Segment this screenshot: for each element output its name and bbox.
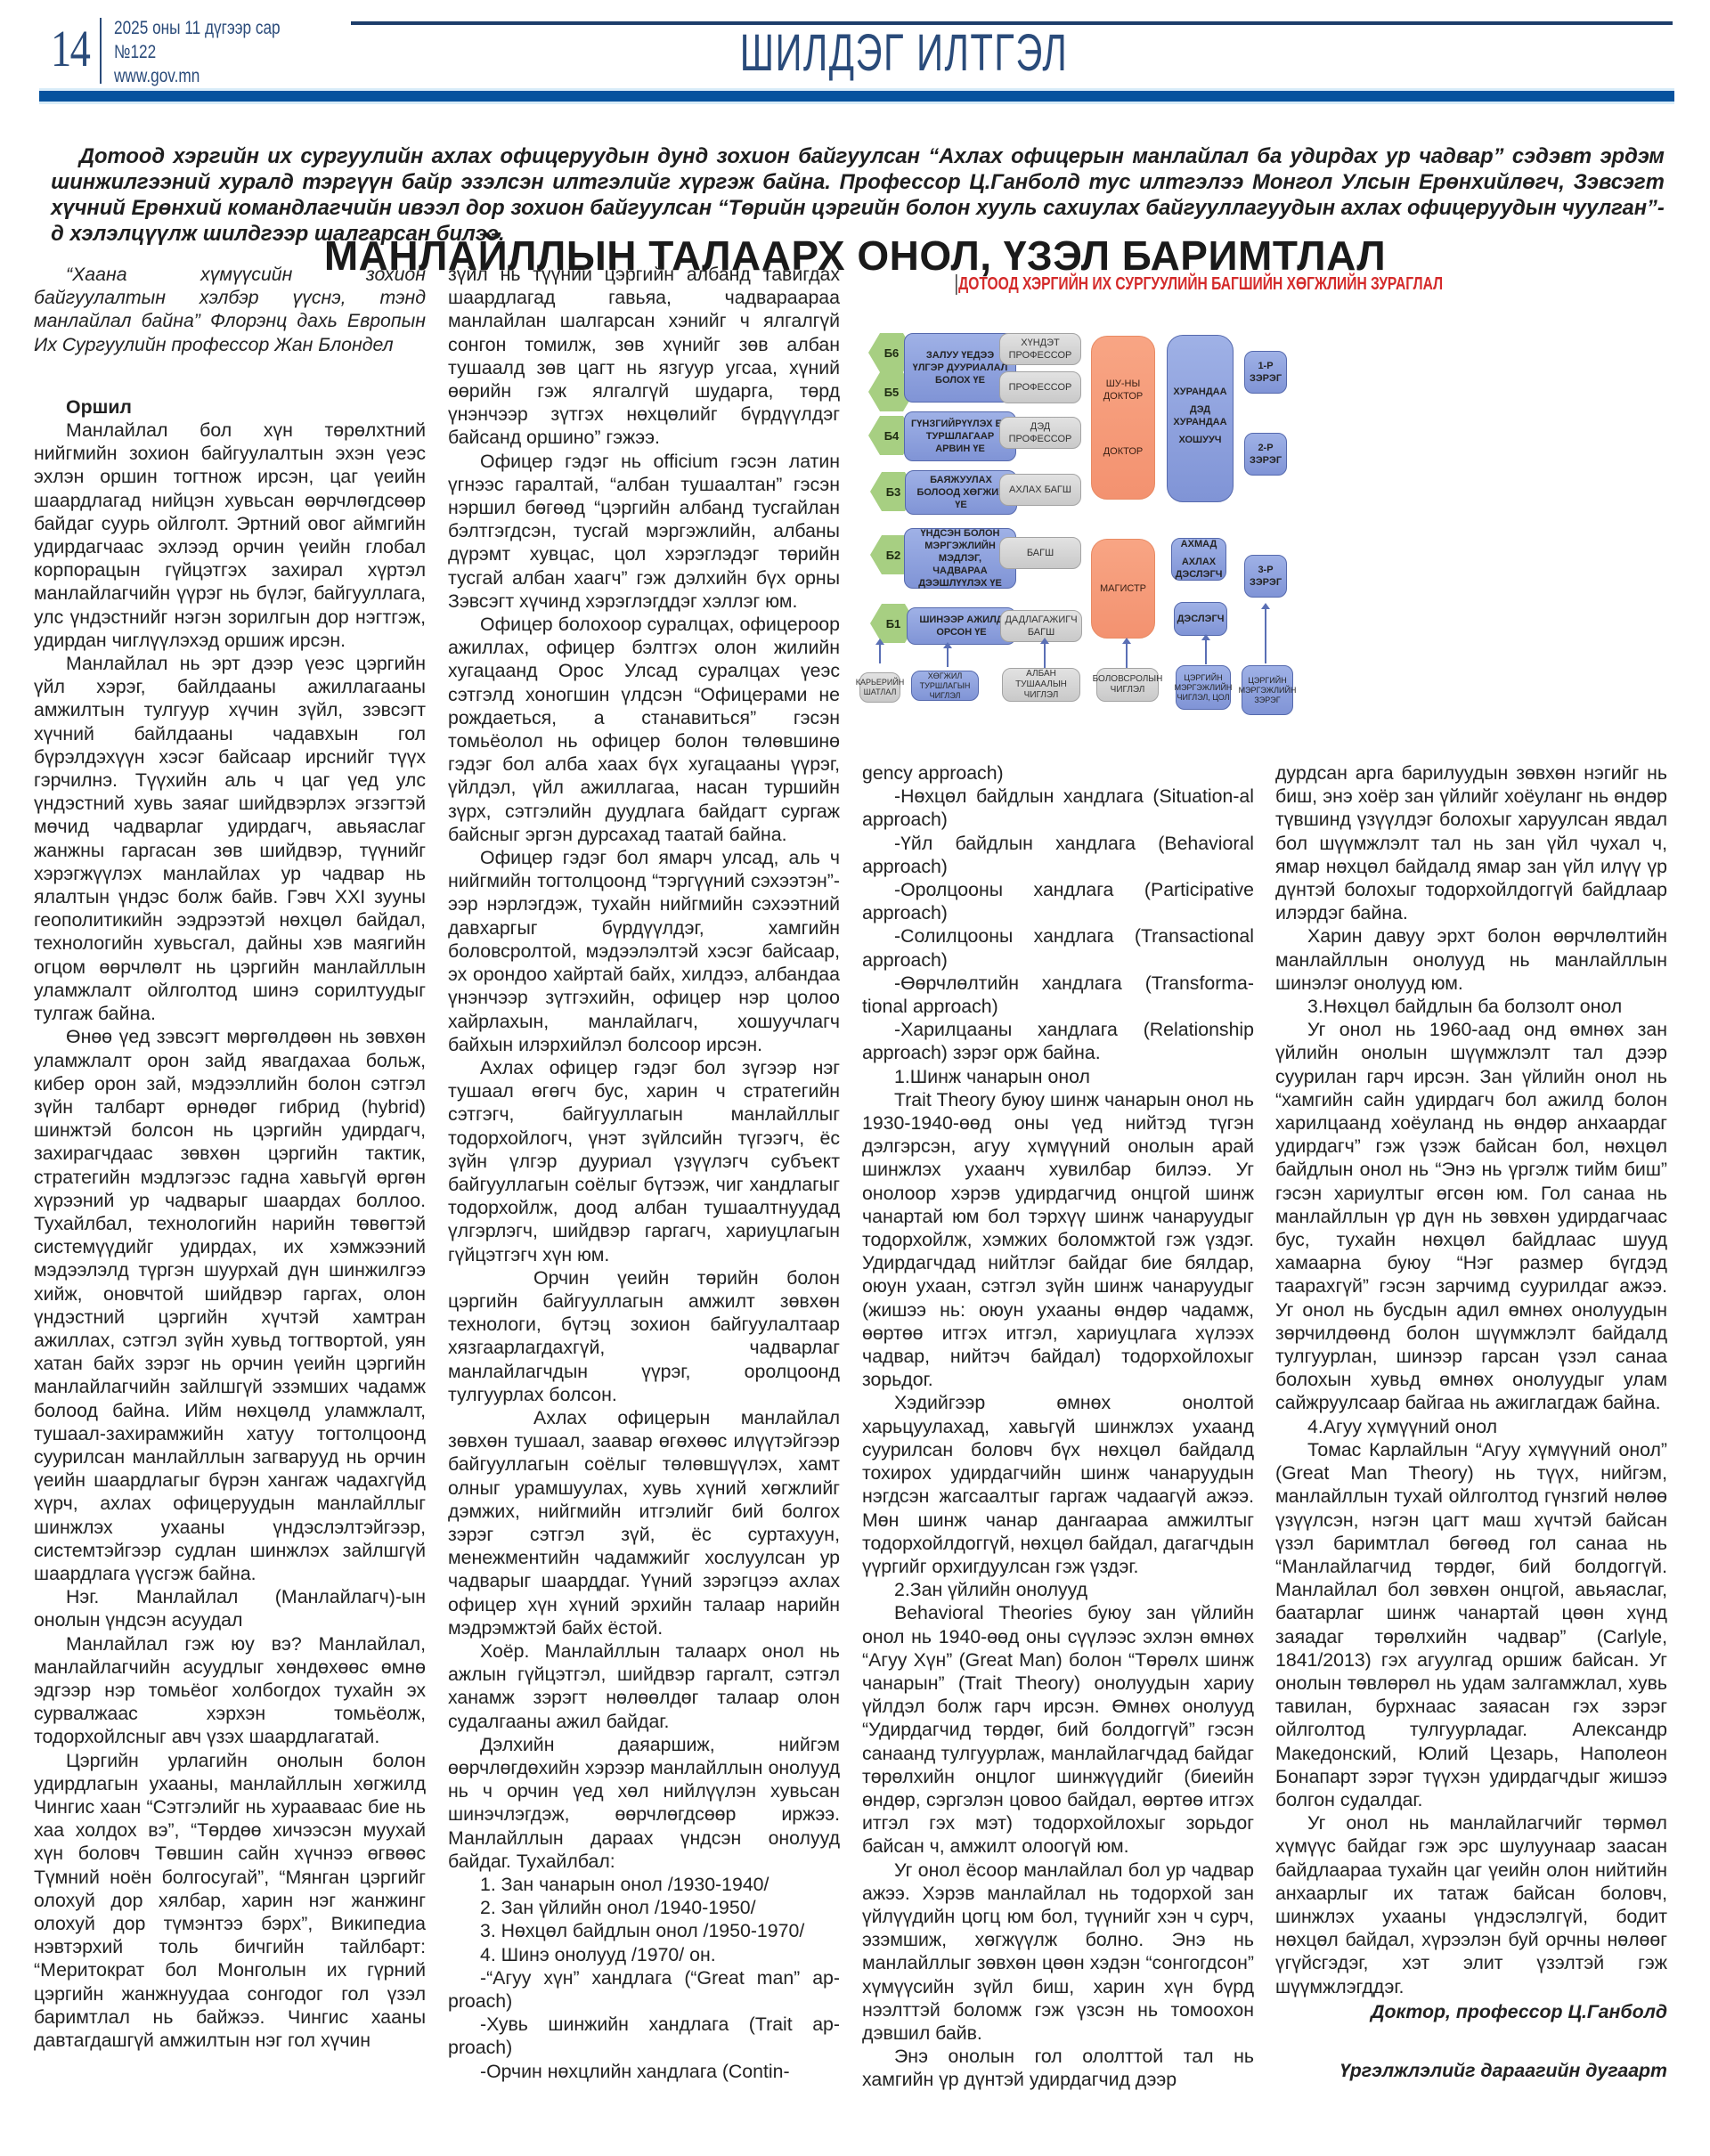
axis-label-position-track: АЛБАН ТУШААЛЫН ЧИГЛЭЛ [1002,668,1080,702]
approach-list-item: -Оролцооны хандлага (Participative appro… [862,878,1254,924]
paragraph: дурдсан арга барилуудын зөвхөн нэгийг нь… [1275,761,1667,924]
axis-label-military-grade: ЦЭРГИЙН МЭРГЭЖЛИЙН ЗЭРЭГ [1242,665,1293,715]
approach-list-item: -Орчин нөхцлийн хандлага (Contin- [448,2060,840,2083]
article-column-1: “Хаана хүмүүсийн зохион байгуулалтын хэл… [34,263,426,2052]
paragraph: Trait Theory буюу шинж чанарын онол нь 1… [862,1088,1254,1392]
education-box-master: МАГИСТР [1091,539,1155,639]
education-box-doctorate: ШУ-НЫ ДОКТОР ДОКТОР [1091,336,1155,500]
continuation-note: Үргэлжлэлийг дараагийн дугаарт [1275,2059,1667,2082]
paragraph: Манлайлал бол хүн төрөлхтний нийгмийн зо… [34,419,426,652]
subsection-heading-trait: 1.Шинж чанарын онол [862,1065,1254,1088]
page-number: 14 [51,23,89,75]
section-title: ШИЛДЭГ ИЛТГЭЛ [253,27,1555,80]
axis-label-education-track: БОЛОВСРОЛЫН ЧИГЛЭЛ [1096,668,1159,702]
approach-list-item: -Үйл байдлын хандлага (Behavioral approa… [862,832,1254,878]
masthead: 14 2025 оны 11 дүгээр сар №122 www.gov.m… [0,0,1710,105]
theory-list-item: 1. Зан чанарын онол /1930-1940/ [448,1873,840,1896]
approach-list-item: -Хувь шинжийн хандлага (Trait ap-proach) [448,2013,840,2059]
paragraph: Behavioral Theories буюу зан үйлийн онол… [862,1601,1254,1858]
paragraph: Энэ онолын гол ололттой тал нь хамгийн ү… [862,2045,1254,2091]
subsection-heading-situational: 3.Нөхцөл байдлын ба болзолт онол [1275,995,1667,1018]
author-signature: Доктор, профессор Ц.Ганболд [1275,2000,1667,2023]
paragraph: Өнөө үед зэвсэгт мөргөлдөөн нь зөвхөн ул… [34,1025,426,1585]
approach-list-item: -“Агуу хүн” хандлага (“Great man” ap-pro… [448,1966,840,2013]
rank-box-lieutenant: ДЭСЛЭГЧ [1174,602,1227,636]
approach-list-item: -Өөрчлөлтийн хандлага (Transforma-tional… [862,972,1254,1018]
paragraph: Манлайлал гэж юу вэ? Манлайлал, манлайла… [34,1632,426,1749]
diagram-title: ДОТООД ХЭРГИЙН ИХ СУРГУУЛИЙН БАГШИЙН ХӨГ… [956,274,1443,295]
approach-list-item: -Харилцааны хандлага (Relationship appro… [862,1018,1254,1064]
paragraph: Харин давуу эрхт болон өөрчлөлтийн манла… [1275,924,1667,995]
paragraph: Томас Карлайлын “Агуу хүмүүний онол” (Gr… [1275,1438,1667,1811]
position-box-honorary-professor: ХҮНДЭТ ПРОФЕССОР [999,333,1081,365]
arrow-up-icon [1044,643,1046,670]
article-column-3: gency approach) -Нөхцөл байдлын хандлага… [862,761,1254,2092]
arrow-up-icon [1205,639,1207,664]
paragraph: Ахлах офицерын манлайлал зөвхөн тушаал, … [448,1406,840,1639]
position-box-associate-professor: ДЭД ПРОФЕССОР [999,417,1081,449]
position-box-professor: ПРОФЕССОР [999,371,1081,403]
masthead-bar [39,91,1674,102]
paragraph: Дэлхийн даяаршиж, нийгэм өөрчлөгдөхийн х… [448,1733,840,1873]
paragraph: Уг онол ёсоор манлайлал бол ур чадвар аж… [862,1859,1254,2046]
paragraph: зүйл нь түүний цэргийн албанд тавигдах ш… [448,263,840,450]
grade-box-3: 3-Р ЗЭРЭГ [1244,555,1287,598]
section-heading-one: Нэг. Манлайлал (Манлайлагч)-ын онолын үн… [34,1585,426,1631]
paragraph: Ахлах офицер гэдэг бол зүгээр нэг тушаал… [448,1056,840,1266]
approach-list-item: -Солилцооны хандлага (Transactional appr… [862,924,1254,971]
subsection-heading-behavioral: 2.Зан үйлийн онолууд [862,1578,1254,1601]
theory-list-item: 2. Зан үйлийн онол /1940-1950/ [448,1896,840,1919]
arrow-up-icon [1126,643,1128,670]
article-column-4: дурдсан арга барилуудын зөвхөн нэгийг нь… [1275,761,1667,2082]
axis-label-military-rank: ЦЭРГИЙН МЭРГЭЖЛИЙН ЧИГЛЭЛ, ЦОЛ [1176,665,1231,710]
teacher-development-diagram: ДОТООД ХЭРГИЙН ИХ СУРГУУЛИЙН БАГШИЙН ХӨГ… [859,258,1697,757]
intro-heading: Оршил [34,395,426,419]
masthead-divider [100,18,102,84]
approach-list-item: -Нөхцөл байдлын хандлага (Situation-al a… [862,785,1254,831]
axis-label-experience: ХӨГЖИЛ ТУРШЛАГЫН ЧИГЛЭЛ [911,671,979,701]
paragraph: Офицер гэдэг нь officium гэсэн латин үгн… [448,450,840,613]
position-box-teacher: БАГШ [999,537,1081,569]
subsection-heading-great-man: 4.Агуу хүмүүний онол [1275,1415,1667,1438]
paragraph: Цэргийн урлагийн онолын болон удирдлагын… [34,1749,426,2053]
theory-list-item: 3. Нөхцөл байдлын онол /1950-1970/ [448,1919,840,1942]
position-box-senior-teacher: АХЛАХ БАГШ [999,474,1081,506]
rank-box-senior-officers: ХУРАНДАА ДЭД ХУРАНДАА ХОШУУЧ [1167,335,1234,502]
rank-box-captain: АХМАД АХЛАХ ДЭСЛЭГЧ [1171,538,1226,581]
paragraph: Хэдийгээр өмнөх онолтой харьцуулахад, ха… [862,1391,1254,1578]
article-lead: Дотоод хэргийн их сургуулийн ахлах офице… [51,143,1665,247]
paragraph: Уг онол нь 1960-аад онд өмнөх зан үйлийн… [1275,1018,1667,1414]
approach-list-item: gency approach) [862,761,1254,785]
paragraph: Офицер гэдэг бол ямарч улсад, аль ч нийг… [448,846,840,1056]
arrow-up-icon [879,644,881,663]
theory-list-item: 4. Шинэ онолууд /1970/ он. [448,1943,840,1966]
article-column-2: зүйл нь түүний цэргийн албанд тавигдах ш… [448,263,840,2083]
section-heading-two: Хоёр. Манлайллын талаарх онол нь ажлын г… [448,1639,840,1733]
paragraph: Манлайлал нь эрт дээр үеэс цэргийн үйл х… [34,652,426,1025]
grade-box-1: 1-Р ЗЭРЭГ [1244,351,1287,394]
paragraph: Офицер болохоор суралцах, офицероор ажил… [448,613,840,846]
arrow-up-icon [947,647,949,667]
axis-label-career-ladder: КАРЬЕРИЙН ШАТЛАЛ [859,672,900,703]
grade-box-2: 2-Р ЗЭРЭГ [1244,433,1287,476]
paragraph: Орчин үеийн төрийн болон цэргийн байгуул… [448,1266,840,1406]
arrow-up-icon [1265,608,1266,663]
epigraph: “Хаана хүмүүсийн зохион байгуулалтын хэл… [34,263,426,356]
paragraph: Уг онол нь манлайлагчийг төрмөл хүмүүс б… [1275,1811,1667,1998]
